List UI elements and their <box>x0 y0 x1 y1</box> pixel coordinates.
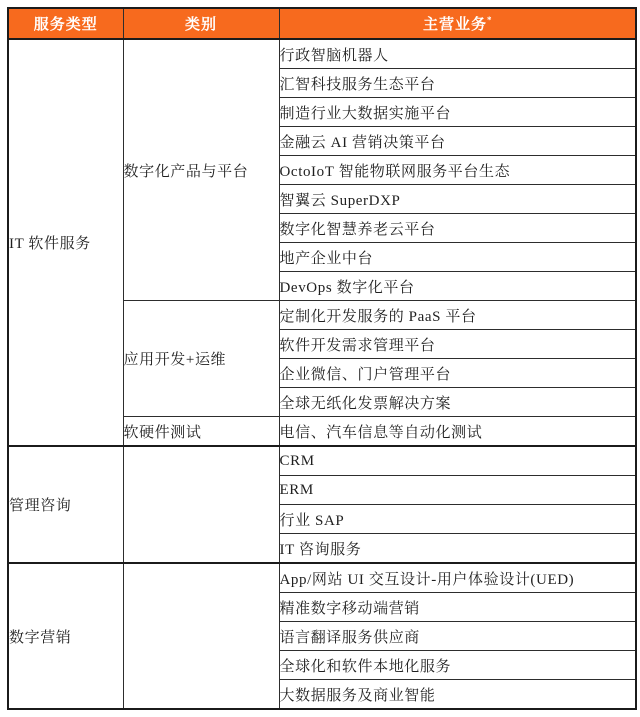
category-cell: 软硬件测试 <box>123 417 279 447</box>
business-cell: 行政智脑机器人 <box>279 39 636 69</box>
category-cell <box>123 446 279 563</box>
business-cell: 全球无纸化发票解决方案 <box>279 388 636 417</box>
table-header: 服务类型 类别 主营业务* <box>8 8 636 39</box>
business-cell: OctoIoT 智能物联网服务平台生态 <box>279 156 636 185</box>
category-cell: 数字化产品与平台 <box>123 39 279 301</box>
header-row: 服务类型 类别 主营业务* <box>8 8 636 39</box>
business-cell: 企业微信、门户管理平台 <box>279 359 636 388</box>
business-cell: 电信、汽车信息等自动化测试 <box>279 417 636 447</box>
category-cell <box>123 563 279 709</box>
business-cell: 智翼云 SuperDXP <box>279 185 636 214</box>
business-cell: ERM <box>279 476 636 505</box>
business-cell: 地产企业中台 <box>279 243 636 272</box>
header-main-business-label: 主营业务 <box>423 17 487 33</box>
business-cell: App/网站 UI 交互设计-用户体验设计(UED) <box>279 563 636 593</box>
category-cell: 应用开发+运维 <box>123 301 279 417</box>
service-type-cell: 数字营销 <box>8 563 123 709</box>
header-main-business: 主营业务* <box>279 8 636 39</box>
header-footnote-asterisk: * <box>487 15 492 25</box>
business-cell: 行业 SAP <box>279 505 636 534</box>
header-service-type: 服务类型 <box>8 8 123 39</box>
business-cell: 汇智科技服务生态平台 <box>279 69 636 98</box>
business-cell: 大数据服务及商业智能 <box>279 680 636 710</box>
business-cell: 制造行业大数据实施平台 <box>279 98 636 127</box>
business-cell: DevOps 数字化平台 <box>279 272 636 301</box>
business-cell: 数字化智慧养老云平台 <box>279 214 636 243</box>
business-cell: 定制化开发服务的 PaaS 平台 <box>279 301 636 330</box>
service-type-cell: IT 软件服务 <box>8 39 123 446</box>
business-cell: CRM <box>279 446 636 476</box>
business-cell: IT 咨询服务 <box>279 534 636 564</box>
business-cell: 软件开发需求管理平台 <box>279 330 636 359</box>
business-cell: 语言翻译服务供应商 <box>279 622 636 651</box>
table-row: IT 软件服务数字化产品与平台行政智脑机器人 <box>8 39 636 69</box>
table-row: 管理咨询CRM <box>8 446 636 476</box>
business-cell: 全球化和软件本地化服务 <box>279 651 636 680</box>
table-body: IT 软件服务数字化产品与平台行政智脑机器人汇智科技服务生态平台制造行业大数据实… <box>8 39 636 709</box>
service-type-cell: 管理咨询 <box>8 446 123 563</box>
services-table: 服务类型 类别 主营业务* IT 软件服务数字化产品与平台行政智脑机器人汇智科技… <box>7 7 637 710</box>
header-category: 类别 <box>123 8 279 39</box>
business-cell: 金融云 AI 营销决策平台 <box>279 127 636 156</box>
business-cell: 精准数字移动端营销 <box>279 593 636 622</box>
table-row: 数字营销App/网站 UI 交互设计-用户体验设计(UED) <box>8 563 636 593</box>
page: 服务类型 类别 主营业务* IT 软件服务数字化产品与平台行政智脑机器人汇智科技… <box>0 0 640 717</box>
